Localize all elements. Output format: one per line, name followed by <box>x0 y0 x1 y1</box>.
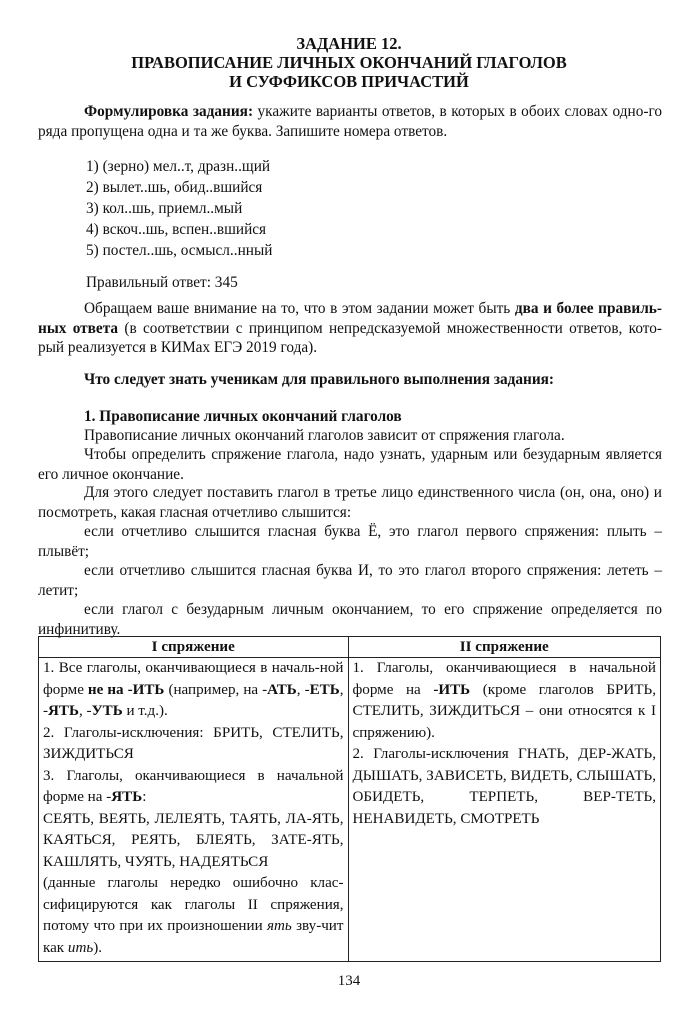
page-subtitle: И СУФФИКСОВ ПРИЧАСТИЙ <box>0 72 698 92</box>
rule-text: , - <box>79 703 92 719</box>
first-conj-rule-2: 2. Глаголы-исключения: БРИТЬ, СТЕЛИТЬ, З… <box>43 723 344 766</box>
note-italic: ить <box>68 940 93 956</box>
notice-pre: Обращаем ваше внимание на то, что в этом… <box>84 300 515 317</box>
option-1: 1) (зерно) мел..т, дразн..щий <box>86 157 270 177</box>
section-paragraph-2: Чтобы определить спряжение глагола, надо… <box>38 445 662 484</box>
knowledge-heading: Что следует знать ученикам для правильно… <box>38 370 662 390</box>
table-row: 1. Все глаголы, оканчивающиеся в началь-… <box>39 658 661 962</box>
note-text: ). <box>93 940 102 956</box>
notice-paragraph: Обращаем ваше внимание на то, что в этом… <box>38 299 662 358</box>
task-label: Формулировка задания: <box>84 103 253 120</box>
table-header-row: I спряжение II спряжение <box>39 637 661 658</box>
page-title: ПРАВОПИСАНИЕ ЛИЧНЫХ ОКОНЧАНИЙ ГЛАГОЛОВ <box>0 53 698 73</box>
correct-answer: Правильный ответ: 345 <box>86 273 238 293</box>
rule-bold: -ИТЬ <box>433 682 470 698</box>
section-paragraph-6: если глагол с безударным личным окончани… <box>38 600 662 639</box>
option-3: 3) кол..шь, приемл..мый <box>86 199 242 219</box>
rule-bold: УТЬ <box>92 703 123 719</box>
note-italic: ять <box>267 918 292 934</box>
rule-bold: ЕТЬ <box>310 682 340 698</box>
rule-text: : <box>142 789 146 805</box>
section-paragraph-4: если отчетливо слышится гласная буква Ё,… <box>38 522 662 561</box>
notice-post: (в соответствии с принципом непредсказуе… <box>38 320 662 357</box>
conjugation-table: I спряжение II спряжение 1. Все глаголы,… <box>38 636 661 962</box>
option-2: 2) вылет..шь, обид..вшийся <box>86 178 262 198</box>
rule-bold: ЯТЬ <box>48 703 79 719</box>
column-header-first-conjugation: I спряжение <box>39 637 349 658</box>
option-5: 5) постел..шь, осмысл..нный <box>86 241 272 261</box>
rule-bold: АТЬ <box>267 682 297 698</box>
rule-text: , - <box>297 682 310 698</box>
rule-bold: ЯТЬ <box>111 789 142 805</box>
page-number: 134 <box>0 972 698 992</box>
column-header-second-conjugation: II спряжение <box>348 637 661 658</box>
first-conj-rule-1: 1. Все глаголы, оканчивающиеся в началь-… <box>43 658 344 723</box>
task-number-title: ЗАДАНИЕ 12. <box>0 34 698 54</box>
section-paragraph-3: Для этого следует поставить глагол в тре… <box>38 483 662 522</box>
option-4: 4) вскоч..шь, вспен..вшийся <box>86 220 266 240</box>
section-paragraph-5: если отчетливо слышится гласная буква И,… <box>38 561 662 600</box>
second-conjugation-cell: 1. Глаголы, оканчивающиеся в начальной ф… <box>348 658 661 962</box>
second-conj-rule-1: 1. Глаголы, оканчивающиеся в начальной ф… <box>353 658 657 744</box>
second-conj-rule-2: 2. Глаголы-исключения ГНАТЬ, ДЕР-ЖАТЬ, Д… <box>353 744 657 830</box>
rule-text: (например, на - <box>164 682 267 698</box>
rule-text: и т.д.). <box>123 703 168 719</box>
rule-text: 3. Глаголы, оканчивающиеся в начальной ф… <box>43 768 344 806</box>
first-conj-note: (данные глаголы нередко ошибочно клас-си… <box>43 873 344 959</box>
section-paragraph-1: Правописание личных окончаний глаголов з… <box>38 426 662 446</box>
section-heading: 1. Правописание личных окончаний глаголо… <box>38 407 662 427</box>
rule-bold: не на -ИТЬ <box>88 682 165 698</box>
first-conj-rule-3: 3. Глаголы, оканчивающиеся в начальной ф… <box>43 766 344 809</box>
first-conjugation-cell: 1. Все глаголы, оканчивающиеся в началь-… <box>39 658 349 962</box>
first-conj-verb-list: СЕЯТЬ, ВЕЯТЬ, ЛЕЛЕЯТЬ, ТАЯТЬ, ЛА-ЯТЬ, КА… <box>43 809 344 874</box>
task-formulation: Формулировка задания: укажите варианты о… <box>38 102 662 141</box>
